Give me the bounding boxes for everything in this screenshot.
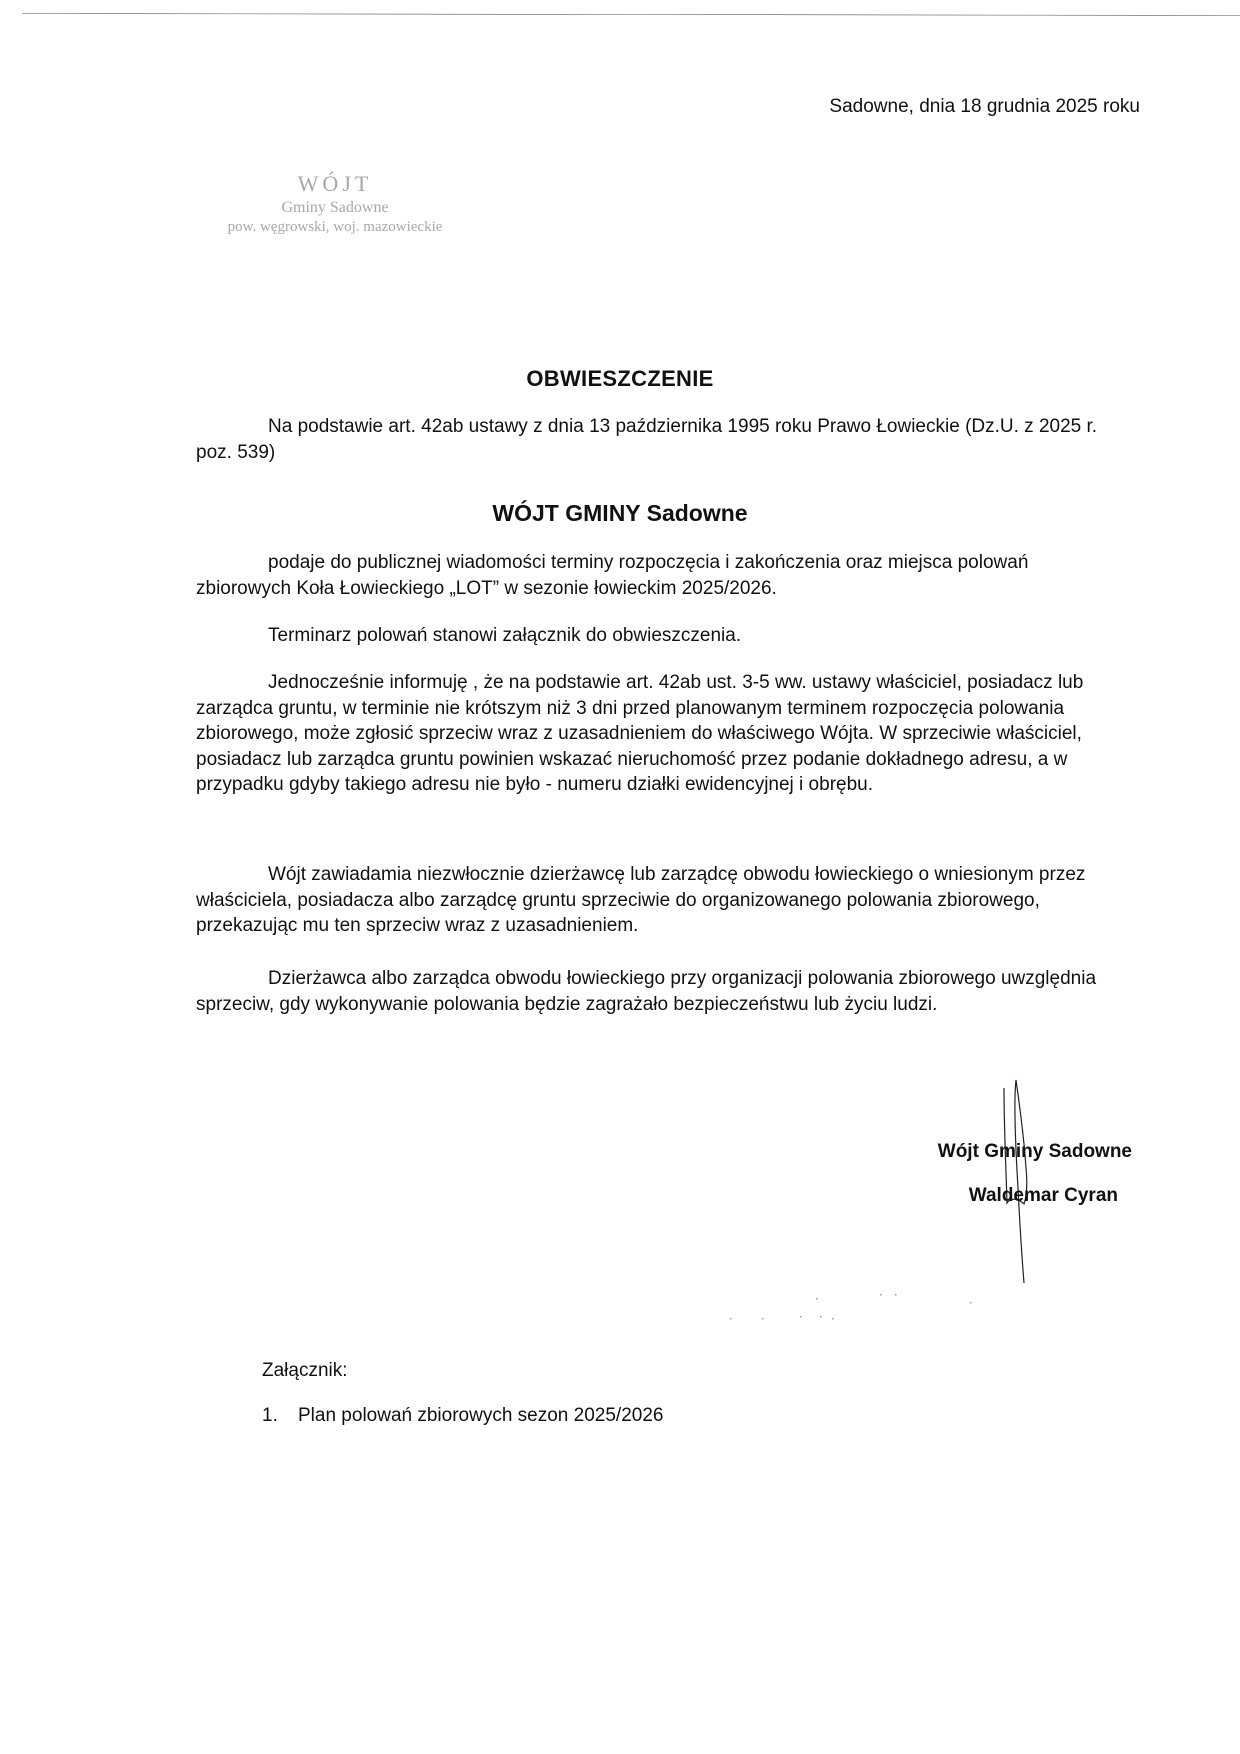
- scan-edge-line: [22, 13, 1240, 16]
- document-title: OBWIESZCZENIE: [0, 366, 1240, 392]
- office-stamp: WÓJT Gminy Sadowne pow. węgrowski, woj. …: [190, 170, 480, 236]
- paragraph-consideration: Dzierżawca albo zarządca obwodu łowiecki…: [196, 966, 1106, 1017]
- paragraph-objection-rights: Jednocześnie informuję , że na podstawie…: [196, 670, 1106, 798]
- stamp-line-3: pow. węgrowski, woj. mazowieckie: [190, 218, 480, 237]
- paragraph-text: Dzierżawca albo zarządca obwodu łowiecki…: [196, 968, 1096, 1015]
- signatory-role: Wójt Gminy Sadowne: [938, 1130, 1132, 1174]
- paragraph-text: Wójt zawiadamia niezwłocznie dzierżawcę …: [196, 864, 1085, 936]
- attachment-number: 1.: [262, 1405, 298, 1427]
- attachments-label: Załącznik:: [262, 1360, 348, 1382]
- attachment-text: Plan polowań zbiorowych sezon 2025/2026: [298, 1405, 663, 1426]
- signature-block: Wójt Gminy Sadowne Waldemar Cyran: [938, 1130, 1132, 1218]
- attachment-item: 1.Plan polowań zbiorowych sezon 2025/202…: [262, 1405, 663, 1427]
- paragraph-text: Jednocześnie informuję , że na podstawie…: [196, 672, 1083, 795]
- legal-basis-text: Na podstawie art. 42ab ustawy z dnia 13 …: [196, 416, 1097, 463]
- stamp-line-1: WÓJT: [190, 170, 480, 198]
- issuer-heading: WÓJT GMINY Sadowne: [0, 500, 1240, 527]
- paragraph-schedule-note: Terminarz polowań stanowi załącznik do o…: [196, 623, 1106, 649]
- scan-noise: [720, 1290, 980, 1330]
- legal-basis: Na podstawie art. 42ab ustawy z dnia 13 …: [196, 414, 1106, 465]
- paragraph-text: podaje do publicznej wiadomości terminy …: [196, 552, 1028, 599]
- signatory-name: Waldemar Cyran: [938, 1174, 1118, 1218]
- paragraph-announcement: podaje do publicznej wiadomości terminy …: [196, 550, 1106, 601]
- stamp-line-2: Gminy Sadowne: [190, 198, 480, 218]
- place-and-date: Sadowne, dnia 18 grudnia 2025 roku: [829, 96, 1140, 118]
- paragraph-notification: Wójt zawiadamia niezwłocznie dzierżawcę …: [196, 862, 1106, 939]
- paragraph-text: Terminarz polowań stanowi załącznik do o…: [268, 625, 741, 646]
